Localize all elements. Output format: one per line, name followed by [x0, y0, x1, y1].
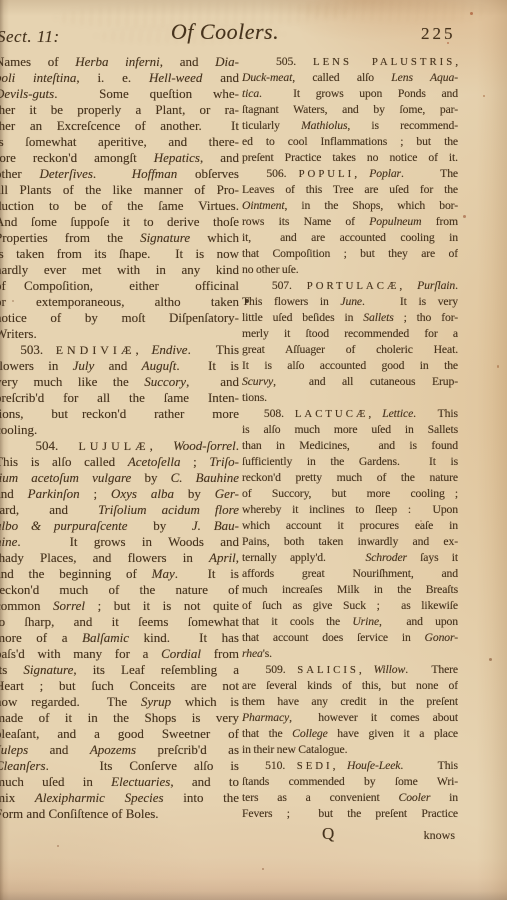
text-line: than in Medicines, and is found	[242, 438, 458, 454]
text-line: them have any credit in the preſent	[242, 694, 458, 710]
text-line: And ſome ſuppoſe it to derive thoſe	[0, 214, 239, 230]
text-line: other Deterſives. Hoffman obſerves	[0, 166, 239, 182]
text-line: lium acetoſum vulgare by C. Bauhine	[0, 470, 239, 486]
text-line: its Signature, its Leaf reſembling a	[0, 662, 239, 678]
text-line: ternally apply'd. Schroder ſays it	[242, 550, 458, 566]
text-line: affords great Nouriſhment, and	[242, 566, 458, 582]
text-line: Pains, both taken inwardly and ex-	[242, 534, 458, 550]
text-line: common Sorrel ; but it is not quite	[0, 598, 239, 614]
text-line: duction to be of the ſame Virtues.	[0, 198, 239, 214]
text-line: ters as a convenient Cooler in	[242, 790, 458, 806]
text-line: it, and are accounted cooling in	[242, 230, 458, 246]
text-line: very much like the Succory, and	[0, 374, 239, 390]
text-line: albo & purpuraſcente by J. Bau-	[0, 518, 239, 534]
text-line: Pharmacy, however it comes about	[242, 710, 458, 726]
text-line: of Compoſition, either officinal	[0, 278, 239, 294]
paper-stain	[12, 300, 14, 302]
text-line: This is alſo called Acetoſella ; Triſo-	[0, 454, 239, 470]
book-page: { "header": { "section": "Sect. 11:", "t…	[0, 0, 507, 900]
text-line: 505. LENS PALUSTRIS,	[242, 54, 458, 70]
text-line: ed to cool Inflammations ; but the	[242, 134, 458, 150]
paper-stain	[470, 12, 473, 15]
text-line: notice of by moſt Diſpenſatory-	[0, 310, 239, 326]
text-line: that account does ſervice in Gonor-	[242, 630, 458, 646]
text-line: Devils-guts. Some queſtion whe-	[0, 86, 239, 102]
page-number: 225	[421, 24, 456, 44]
text-line: Properties from the Signature which	[0, 230, 239, 246]
paper-stain	[150, 795, 152, 797]
running-header-title: Of Coolers.	[0, 19, 450, 45]
text-line: pleaſant, and a good Sweetner of	[0, 726, 239, 742]
text-line: Juleps and Apozems preſcrib'd as	[0, 742, 239, 758]
text-line: Leaves of this Tree are uſed for the	[242, 182, 458, 198]
text-line: ſo ſharp, and it ſeems ſomewhat	[0, 614, 239, 630]
text-line: cooling.	[0, 422, 239, 438]
text-line: Fevers ; but the preſent Practice	[242, 806, 458, 822]
text-line: reckon'd pretty much of the nature	[242, 470, 458, 486]
text-line: that it cools the Urine, and upon	[242, 614, 458, 630]
text-line: ticularly Mathiolus, is recommend-	[242, 118, 458, 134]
text-line: which account it procures eaſe in	[242, 518, 458, 534]
signature-mark: Q	[322, 824, 334, 844]
text-line: rhea's.	[242, 646, 458, 662]
text-line: 508. LACTUCÆ, Lettice. This	[242, 406, 458, 422]
text-line: ſufficiently in the Gardens. It is	[242, 454, 458, 470]
text-line: rard, and Triſolium acidum flore	[0, 502, 239, 518]
text-line: made of it in the Shops is very	[0, 710, 239, 726]
text-line: great Aſſuager of choleric Heat.	[242, 342, 458, 358]
text-line: Names of Herba inferni, and Dia-	[0, 54, 239, 70]
paper-stain	[262, 868, 264, 870]
text-line: much increaſes Milk in the Breaſts	[242, 582, 458, 598]
paper-stain	[420, 520, 422, 522]
paper-stain	[57, 845, 59, 847]
paper-stain	[497, 365, 499, 368]
catchword: knows	[424, 828, 455, 843]
text-line: Ointment, in the Shops, which bor-	[242, 198, 458, 214]
paper-stain	[447, 42, 449, 44]
text-line: 504. LUJULÆ, Wood-ſorrel.	[0, 438, 239, 454]
text-line: It is alſo accounted good in the	[242, 358, 458, 374]
text-line: ther an Excreſcence of another. It	[0, 118, 239, 134]
text-line: Cleanſers. Its Conſerve alſo is	[0, 758, 239, 774]
text-line: paſs'd with many for a Cordial from	[0, 646, 239, 662]
text-line: is ſomewhat aperitive, and there-	[0, 134, 239, 150]
text-line: ther it be properly a Plant, or ra-	[0, 102, 239, 118]
text-line: 506. POPULI, Poplar. The	[242, 166, 458, 182]
text-line: and the beginning of May. It is	[0, 566, 239, 582]
text-line: ſtagnant Waters, and by ſome, par-	[242, 102, 458, 118]
text-line: all Plants of the like manner of Pro-	[0, 182, 239, 198]
text-line: boli inteſtina, i. e. Hell-weed and	[0, 70, 239, 86]
text-line: or extemporaneous, altho taken	[0, 294, 239, 310]
text-line: much uſed in Electuaries, and to	[0, 774, 239, 790]
paper-stain	[489, 658, 492, 661]
paper-stain	[483, 95, 485, 97]
text-line: whereby it inclines to ſleep : Upon	[242, 502, 458, 518]
text-line: 510. SEDI, Houſe-Leek. This	[242, 758, 458, 774]
text-line: merly it ſtood recommended for a	[242, 326, 458, 342]
text-line: rows its Name of Populneum from	[242, 214, 458, 230]
text-line: 507. PORTULACÆ, Purſlain.	[242, 278, 458, 294]
text-line: hardly ever met with in any kind	[0, 262, 239, 278]
text-line: Form and Conſiſtence of Boles.	[0, 806, 239, 822]
text-line: tions.	[242, 390, 458, 406]
text-line: in their new Catalogue.	[242, 742, 458, 758]
text-line: is taken from its ſhape. It is now	[0, 246, 239, 262]
text-line: ſtands commended by ſome Wri-	[242, 774, 458, 790]
text-line: and Parkinſon ; Oxys alba by Ger-	[0, 486, 239, 502]
text-line: ſhady Places, and flowers in April,	[0, 550, 239, 566]
text-line: more of a Balſamic kind. It has	[0, 630, 239, 646]
text-line: flowers in July and Auguſt. It is	[0, 358, 239, 374]
text-line: of ſuch as give Suck ; as likewiſe	[242, 598, 458, 614]
left-column: Names of Herba inferni, and Dia-boli int…	[0, 54, 239, 822]
text-line: 509. SALICIS, Willow. There	[242, 662, 458, 678]
catchword-line: Q knows	[242, 824, 458, 844]
text-line: This flowers in June. It is very	[242, 294, 458, 310]
text-line: that Compoſition ; but they are of	[242, 246, 458, 262]
ink-spot	[245, 299, 249, 303]
text-line: fore reckon'd amongſt Hepatics, and	[0, 150, 239, 166]
text-line: is alſo much more uſed in Sallets	[242, 422, 458, 438]
text-line: are ſeveral kinds of this, but none of	[242, 678, 458, 694]
text-line: of Succory, but more cooling ;	[242, 486, 458, 502]
right-column: 505. LENS PALUSTRIS,Duck-meat, called al…	[242, 54, 458, 822]
text-line: reckon'd much of the nature of	[0, 582, 239, 598]
text-line: preſcrib'd for all the ſame Inten-	[0, 390, 239, 406]
text-line: tica. It grows upon Ponds and	[242, 86, 458, 102]
text-line: Scurvy, and all cutaneous Erup-	[242, 374, 458, 390]
text-line: Duck-meat, called alſo Lens Aqua-	[242, 70, 458, 86]
paper-stain	[463, 215, 466, 218]
text-line: tions, but reckon'd rather more	[0, 406, 239, 422]
text-line: hine. It grows in Woods and	[0, 534, 239, 550]
text-line: preſent Practice takes no notice of it.	[242, 150, 458, 166]
text-line: Writers.	[0, 326, 239, 342]
text-line: now regarded. The Syrup which is	[0, 694, 239, 710]
text-line: 503. ENDIVIÆ, Endive. This	[0, 342, 239, 358]
text-line: that the College have given it a place	[242, 726, 458, 742]
text-line: mix Alexipharmic Species into the	[0, 790, 239, 806]
text-line: no other uſe.	[242, 262, 458, 278]
text-line: Heart ; but ſuch Conceits are not	[0, 678, 239, 694]
text-line: little uſed beſides in Sallets ; tho for…	[242, 310, 458, 326]
